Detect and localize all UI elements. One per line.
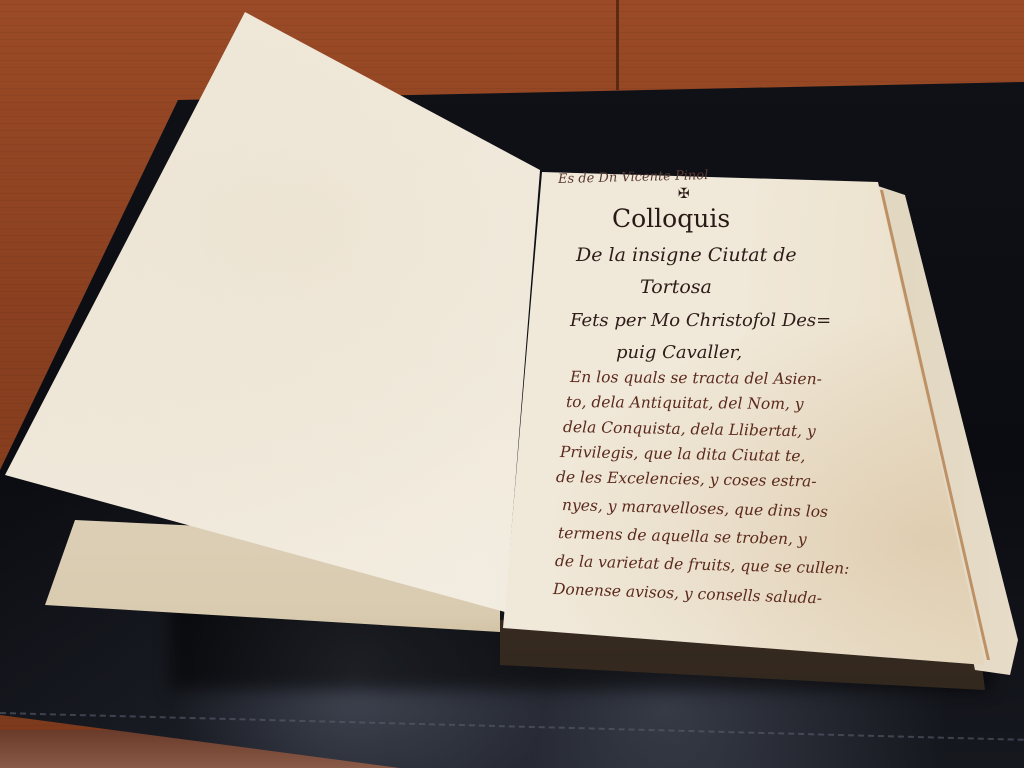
- author-line-1: Fets per Mo Christofol Des=: [570, 310, 831, 331]
- table-seam: [616, 0, 619, 90]
- manuscript-title: Colloquis: [612, 204, 730, 233]
- subtitle-line-2: Tortosa: [640, 276, 712, 298]
- photo-scene: Es de Dn Vicente Pinol ✠ Colloquis De la…: [0, 0, 1024, 768]
- cross-icon: ✠: [678, 186, 690, 202]
- author-line-2: puig Cavaller,: [616, 342, 742, 363]
- body-line-1: En los quals se tracta del Asien-: [570, 368, 822, 388]
- body-line-2: to, dela Antiquitat, del Nom, y: [566, 393, 804, 413]
- subtitle-line-1: De la insigne Ciutat de: [576, 244, 797, 266]
